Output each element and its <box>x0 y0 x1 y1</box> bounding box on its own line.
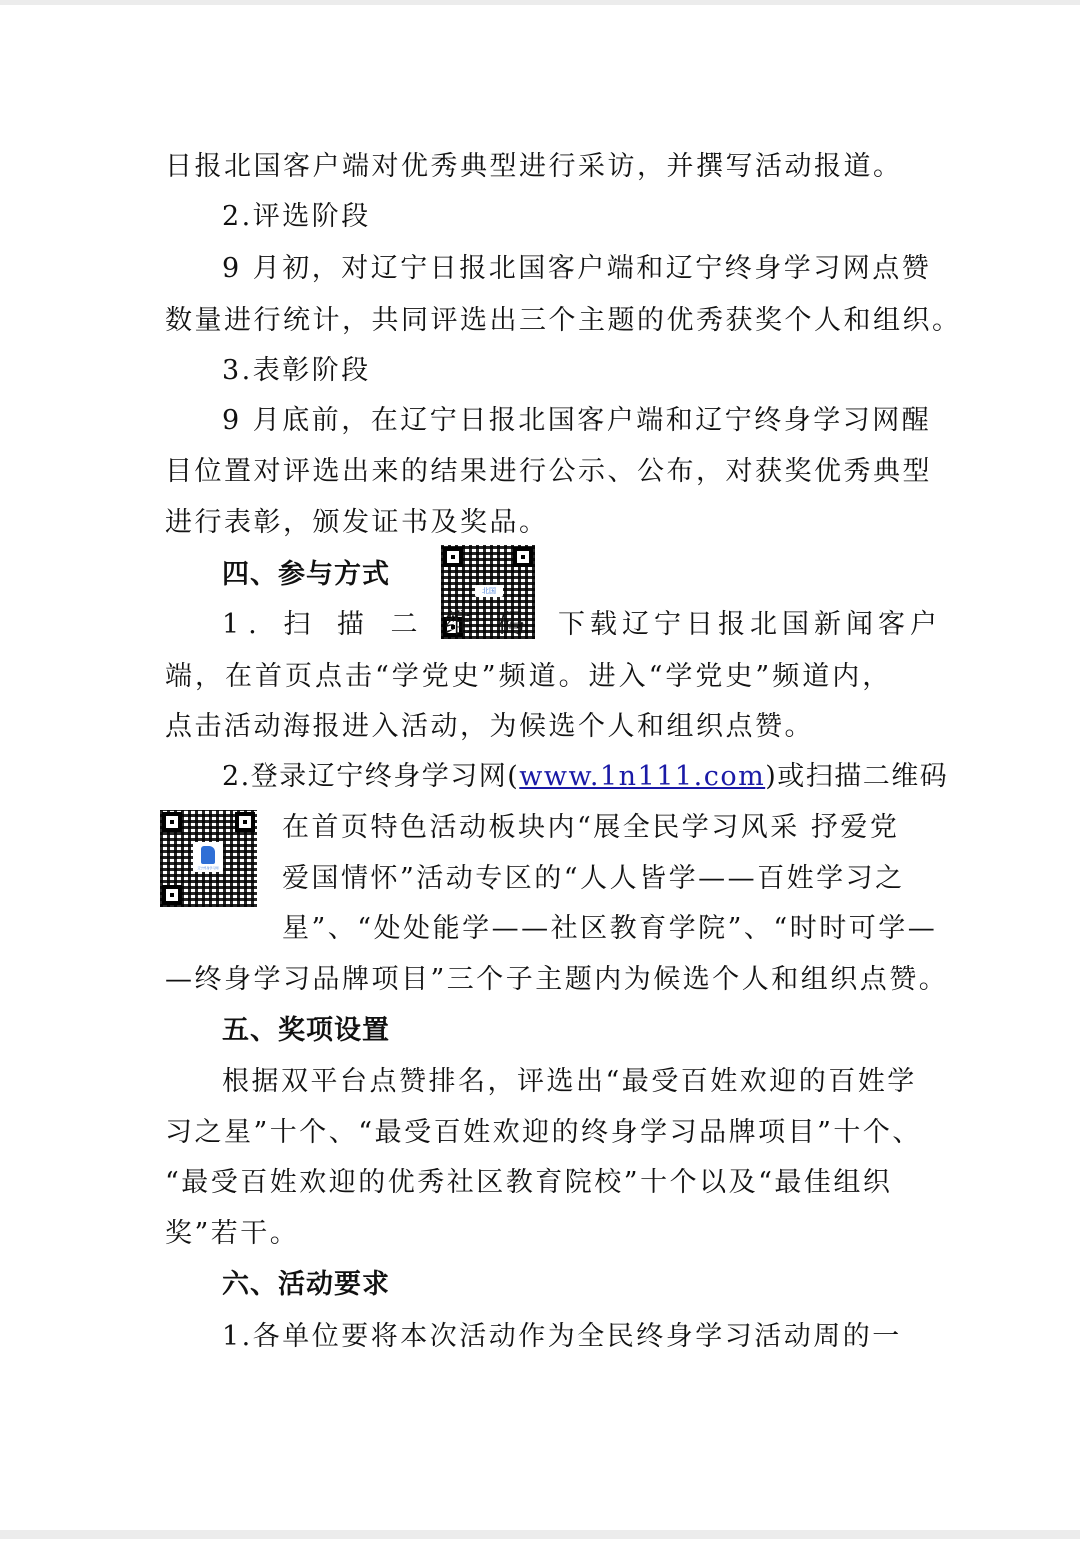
paragraph-line: 端，在首页点击“学党史”频道。进入“学党史”频道内， <box>165 660 892 694</box>
paragraph-line: “最受百姓欢迎的优秀社区教育院校”十个以及“最佳组织 <box>165 1166 892 1200</box>
top-edge-bar <box>0 0 1080 5</box>
paragraph-line: 数量进行统计，共同评选出三个主题的优秀获奖个人和组织。 <box>165 304 962 338</box>
section-heading-participation: 四、参与方式 <box>222 558 390 592</box>
paragraph-line: 在首页特色活动板块内“展全民学习风采 抒爱党 <box>282 811 899 845</box>
paragraph-line: 进行表彰，颁发证书及奖品。 <box>165 506 549 540</box>
lifelong-learning-qr-code[interactable]: 辽宁终身学习网 <box>160 810 257 907</box>
qr-finder-icon <box>443 547 463 567</box>
text-fragment: )或扫描二维码 <box>765 761 948 792</box>
qr-finder-icon <box>235 812 255 832</box>
lifelong-learning-logo-icon: 辽宁终身学习网 <box>193 842 223 872</box>
section-heading-requirements: 六、活动要求 <box>222 1268 390 1302</box>
paragraph-line: 习之星”十个、“最受百姓欢迎的终身学习品牌项目”十个、 <box>165 1116 922 1150</box>
paragraph-line: 点击活动海报进入活动，为候选个人和组织点赞。 <box>165 710 814 744</box>
paragraph-line: —终身学习品牌项目”三个子主题内为候选个人和组织点赞。 <box>165 963 948 997</box>
lifelong-learning-website-link[interactable]: www.1n111.com <box>519 761 765 792</box>
paragraph-line: 2.登录辽宁终身学习网(www.1n111.com)或扫描二维码 <box>222 760 948 794</box>
section-heading-awards: 五、奖项设置 <box>222 1014 390 1048</box>
paragraph-line: 奖”若干。 <box>165 1217 299 1251</box>
bottom-edge-bar <box>0 1530 1080 1539</box>
paragraph-line: 9 月底前，在辽宁日报北国客户端和辽宁终身学习网醒 <box>222 404 931 438</box>
text-fragment: 2.登录辽宁终身学习网( <box>222 761 519 792</box>
paragraph-line: 根据双平台点赞排名，评选出“最受百姓欢迎的百姓学 <box>222 1065 917 1099</box>
subheading-commendation-stage: 3.表彰阶段 <box>222 354 371 388</box>
paragraph-line: 星”、“处处能学——社区教育学院”、“时时可学— <box>282 912 937 946</box>
paragraph-line: 9 月初，对辽宁日报北国客户端和辽宁终身学习网点赞 <box>222 252 931 286</box>
paragraph-line: 下载辽宁日报北国新闻客户 <box>558 608 942 642</box>
qr-finder-icon <box>162 812 182 832</box>
paragraph-line: 1. 扫 描 二 维 码 <box>222 608 534 642</box>
paragraph-line: 目位置对评选出来的结果进行公示、公布，对获奖优秀典型 <box>165 455 932 489</box>
qr-finder-icon <box>513 547 533 567</box>
paragraph-line: 爱国情怀”活动专区的“人人皆学——百姓学习之 <box>282 862 905 896</box>
qr-finder-icon <box>162 885 182 905</box>
paragraph-line: 1.各单位要将本次活动作为全民终身学习活动周的一 <box>222 1320 902 1354</box>
subheading-selection-stage: 2.评选阶段 <box>222 200 371 234</box>
beiguo-logo-icon: 北国 <box>475 585 503 597</box>
paragraph-line: 日报北国客户端对优秀典型进行采访，并撰写活动报道。 <box>165 150 903 184</box>
